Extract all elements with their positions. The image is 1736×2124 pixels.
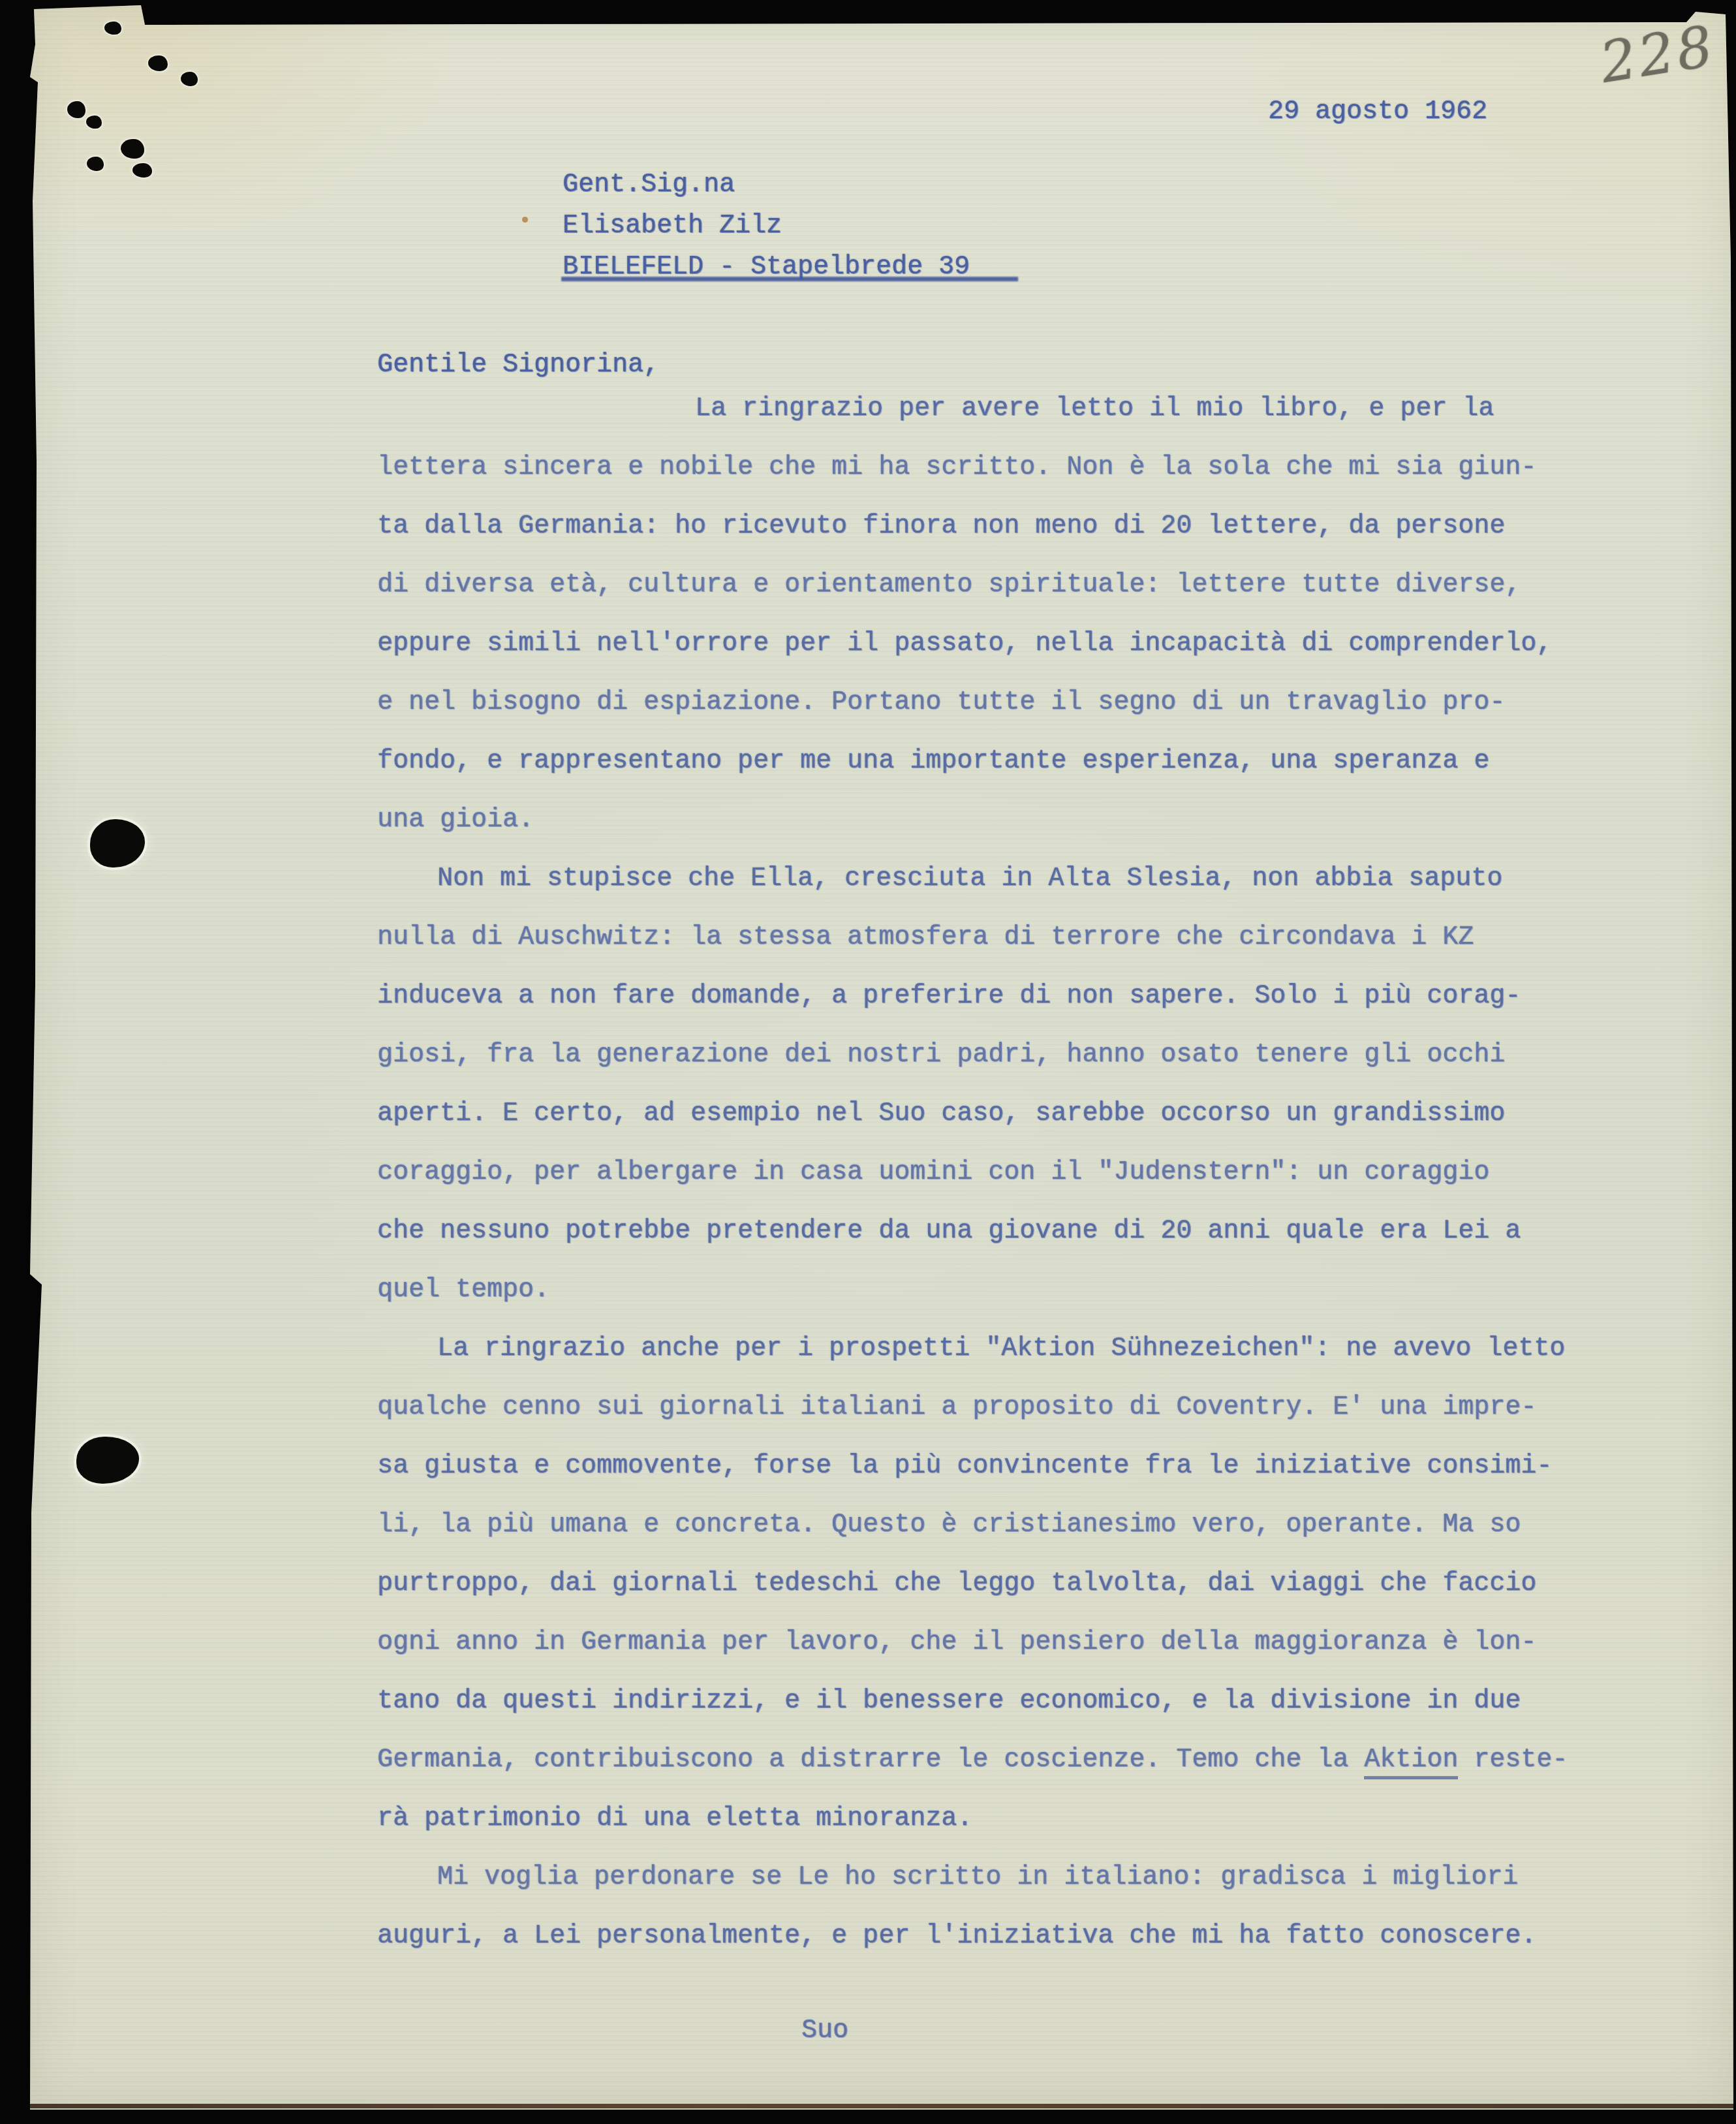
stain-dot [522, 217, 528, 223]
letter-line: che nessuno potrebbe pretendere da una g… [377, 1202, 1568, 1261]
letter-line: ogni anno in Germania per lavoro, che il… [377, 1614, 1568, 1672]
worm-hole [121, 139, 144, 159]
letter-line: e nel bisogno di espiazione. Portano tut… [377, 674, 1568, 732]
address-underline [561, 277, 1018, 281]
letter-body: La ringrazio per avere letto il mio libr… [377, 380, 1568, 1966]
scanned-letter-screenshot: { "document": { "archival_page_number": … [0, 0, 1736, 2124]
worm-hole [132, 163, 152, 178]
punch-hole [76, 1437, 139, 1484]
letter-line-aktion: Germania, contribuiscono a distrarre le … [377, 1731, 1568, 1790]
worm-hole [148, 55, 168, 71]
letter-line: una gioia. [377, 791, 1568, 850]
closing-signature: Suo [801, 2016, 848, 2047]
letter-line: La ringrazio per avere letto il mio libr… [377, 380, 1568, 439]
letter-line: Mi voglia perdonare se Le ho scritto in … [377, 1849, 1568, 1907]
letter-line: lettera sincera e nobile che mi ha scrit… [377, 439, 1568, 497]
letter-line: quel tempo. [377, 1261, 1568, 1320]
letter-line: auguri, a Lei personalmente, e per l'ini… [377, 1907, 1568, 1966]
letter-line: Non mi stupisce che Ella, cresciuta in A… [377, 850, 1568, 909]
recipient-name: Elisabeth Zilz [563, 206, 970, 247]
letter-line: fondo, e rappresentano per me una import… [377, 732, 1568, 791]
punch-hole [90, 819, 145, 867]
letter-line: purtroppo, dai giornali tedeschi che leg… [377, 1555, 1568, 1614]
letter-line: La ringrazio anche per i prospetti "Akti… [377, 1320, 1568, 1379]
worm-hole [87, 157, 104, 171]
letter-date: 29 agosto 1962 [1268, 97, 1487, 128]
letter-line: ta dalla Germania: ho ricevuto finora no… [377, 497, 1568, 556]
letter-line: rà patrimonio di una eletta minoranza. [377, 1790, 1568, 1849]
worm-hole [104, 22, 121, 35]
letter-line: li, la più umana e concreta. Questo è cr… [377, 1496, 1568, 1555]
worm-hole [181, 72, 198, 86]
letter-line-aktion-post: reste- [1458, 1745, 1568, 1775]
underlined-word-aktion: Aktion [1364, 1745, 1458, 1779]
recipient-city-street: BIELEFELD - Stapelbrede 39 [563, 247, 970, 288]
recipient-address-block: Gent.Sig.na Elisabeth Zilz BIELEFELD - S… [563, 164, 970, 288]
letter-line: induceva a non fare domande, a preferire… [377, 967, 1568, 1026]
letter-line: eppure simili nell'orrore per il passato… [377, 615, 1568, 674]
salutation: Gentile Signorina, [377, 350, 659, 381]
recipient-title: Gent.Sig.na [563, 164, 970, 206]
letter-line: aperti. E certo, ad esempio nel Suo caso… [377, 1085, 1568, 1144]
worm-hole [86, 116, 102, 129]
letter-line-aktion-pre: Germania, contribuiscono a distrarre le … [377, 1745, 1364, 1775]
letter-line: qualche cenno sui giornali italiani a pr… [377, 1379, 1568, 1437]
letter-line: giosi, fra la generazione dei nostri pad… [377, 1026, 1568, 1085]
letter-line: nulla di Auschwitz: la stessa atmosfera … [377, 909, 1568, 967]
worm-hole [67, 101, 85, 118]
letter-line: tano da questi indirizzi, e il benessere… [377, 1672, 1568, 1731]
letter-line: coraggio, per albergare in casa uomini c… [377, 1144, 1568, 1202]
letter-line: sa giusta e commovente, forse la più con… [377, 1437, 1568, 1496]
paper-bottom-edge [29, 2104, 1733, 2108]
letter-line: di diversa età, cultura e orientamento s… [377, 556, 1568, 615]
